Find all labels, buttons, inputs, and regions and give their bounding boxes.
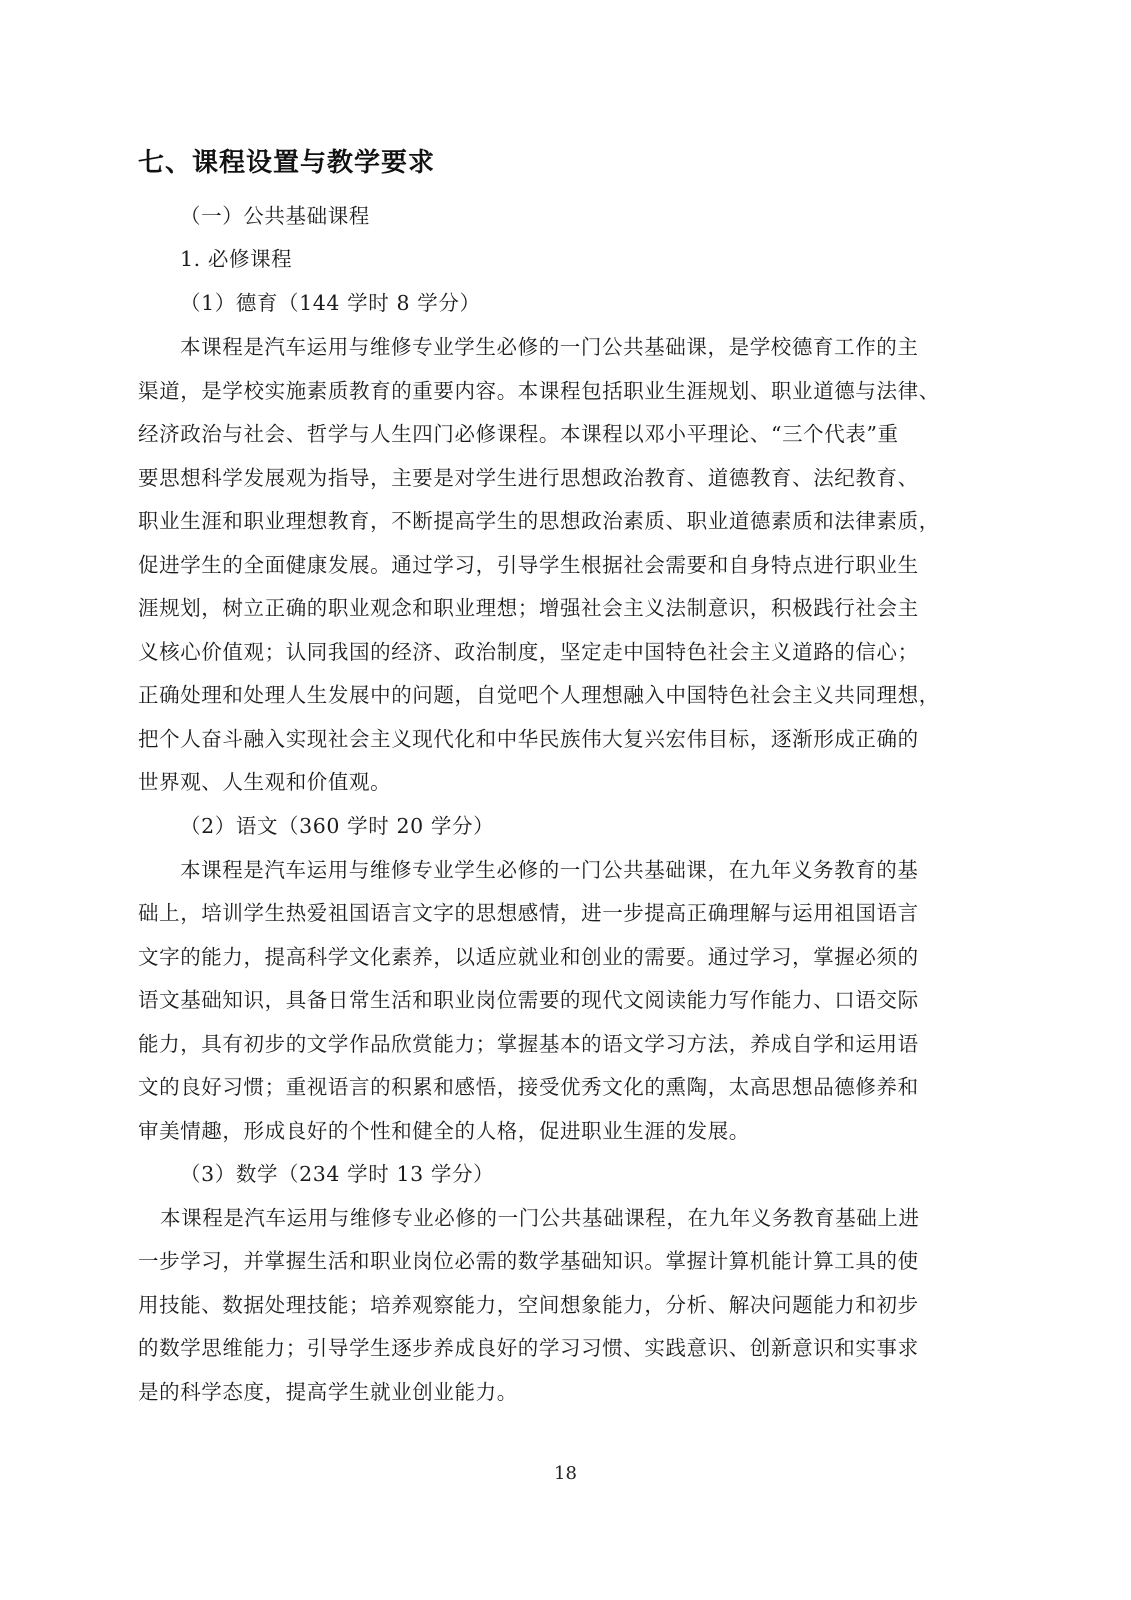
paragraph-line: 促进学生的全面健康发展。通过学习，引导学生根据社会需要和自身特点进行职业生 <box>138 551 919 579</box>
paragraph-line: 经济政治与社会、哲学与人生四门必修课程。本课程以邓小平理论、“三个代表”重 <box>138 420 899 448</box>
course-title-mathematics: （3）数学（234 学时 13 学分） <box>180 1160 494 1188</box>
page-number: 18 <box>0 1462 1131 1486</box>
paragraph-line: 一步学习，并掌握生活和职业岗位必需的数学基础知识。掌握计算机能计算工具的使 <box>138 1247 919 1275</box>
course-title-chinese: （2）语文（360 学时 20 学分） <box>180 812 494 840</box>
paragraph-line: 审美情趣，形成良好的个性和健全的人格，促进职业生涯的发展。 <box>138 1117 750 1145</box>
paragraph-line: 的数学思维能力；引导学生逐步养成良好的学习习惯、实践意识、创新意识和实事求 <box>138 1334 919 1362</box>
subsubsection-heading: 1. 必修课程 <box>180 245 292 273</box>
paragraph-line: 正确处理和处理人生发展中的问题，自觉吧个人理想融入中国特色社会主义共同理想， <box>138 681 940 709</box>
paragraph-line: 要思想科学发展观为指导，主要是对学生进行思想政治教育、道德教育、法纪教育、 <box>138 464 919 492</box>
section-heading: 七、课程设置与教学要求 <box>138 146 435 180</box>
paragraph-line: 本课程是汽车运用与维修专业学生必修的一门公共基础课，在九年义务教育的基 <box>180 856 919 884</box>
paragraph-line: 把个人奋斗融入实现社会主义现代化和中华民族伟大复兴宏伟目标，逐渐形成正确的 <box>138 725 919 753</box>
paragraph-line: 本课程是汽车运用与维修专业学生必修的一门公共基础课，是学校德育工作的主 <box>180 333 919 361</box>
paragraph-line: 用技能、数据处理技能；培养观察能力，空间想象能力，分析、解决问题能力和初步 <box>138 1291 919 1319</box>
course-title-moral-education: （1）德育（144 学时 8 学分） <box>180 289 481 317</box>
paragraph-line: 本课程是汽车运用与维修专业必修的一门公共基础课程，在九年义务教育基础上进 <box>160 1204 920 1232</box>
paragraph-line: 渠道，是学校实施素质教育的重要内容。本课程包括职业生涯规划、职业道德与法律、 <box>138 377 940 405</box>
paragraph-line: 础上，培训学生热爱祖国语言文字的思想感情，进一步提高正确理解与运用祖国语言 <box>138 899 919 927</box>
paragraph-line: 语文基础知识，具备日常生活和职业岗位需要的现代文阅读能力写作能力、口语交际 <box>138 986 919 1014</box>
paragraph-line: 能力，具有初步的文学作品欣赏能力；掌握基本的语文学习方法，养成自学和运用语 <box>138 1030 919 1058</box>
subsection-heading: （一）公共基础课程 <box>180 202 370 230</box>
document-page: 七、课程设置与教学要求 （一）公共基础课程 1. 必修课程 （1）德育（144 … <box>0 0 1131 1600</box>
paragraph-line: 文的良好习惯；重视语言的积累和感悟，接受优秀文化的熏陶，太高思想品德修养和 <box>138 1073 919 1101</box>
paragraph-line: 涯规划，树立正确的职业观念和职业理想；增强社会主义法制意识，积极践行社会主 <box>138 594 919 622</box>
paragraph-line: 文字的能力，提高科学文化素养，以适应就业和创业的需要。通过学习，掌握必须的 <box>138 943 919 971</box>
paragraph-line: 世界观、人生观和价值观。 <box>138 768 391 796</box>
paragraph-line: 是的科学态度，提高学生就业创业能力。 <box>138 1378 518 1406</box>
paragraph-line: 义核心价值观；认同我国的经济、政治制度，坚定走中国特色社会主义道路的信心； <box>138 638 919 666</box>
paragraph-line: 职业生涯和职业理想教育，不断提高学生的思想政治素质、职业道德素质和法律素质， <box>138 507 940 535</box>
